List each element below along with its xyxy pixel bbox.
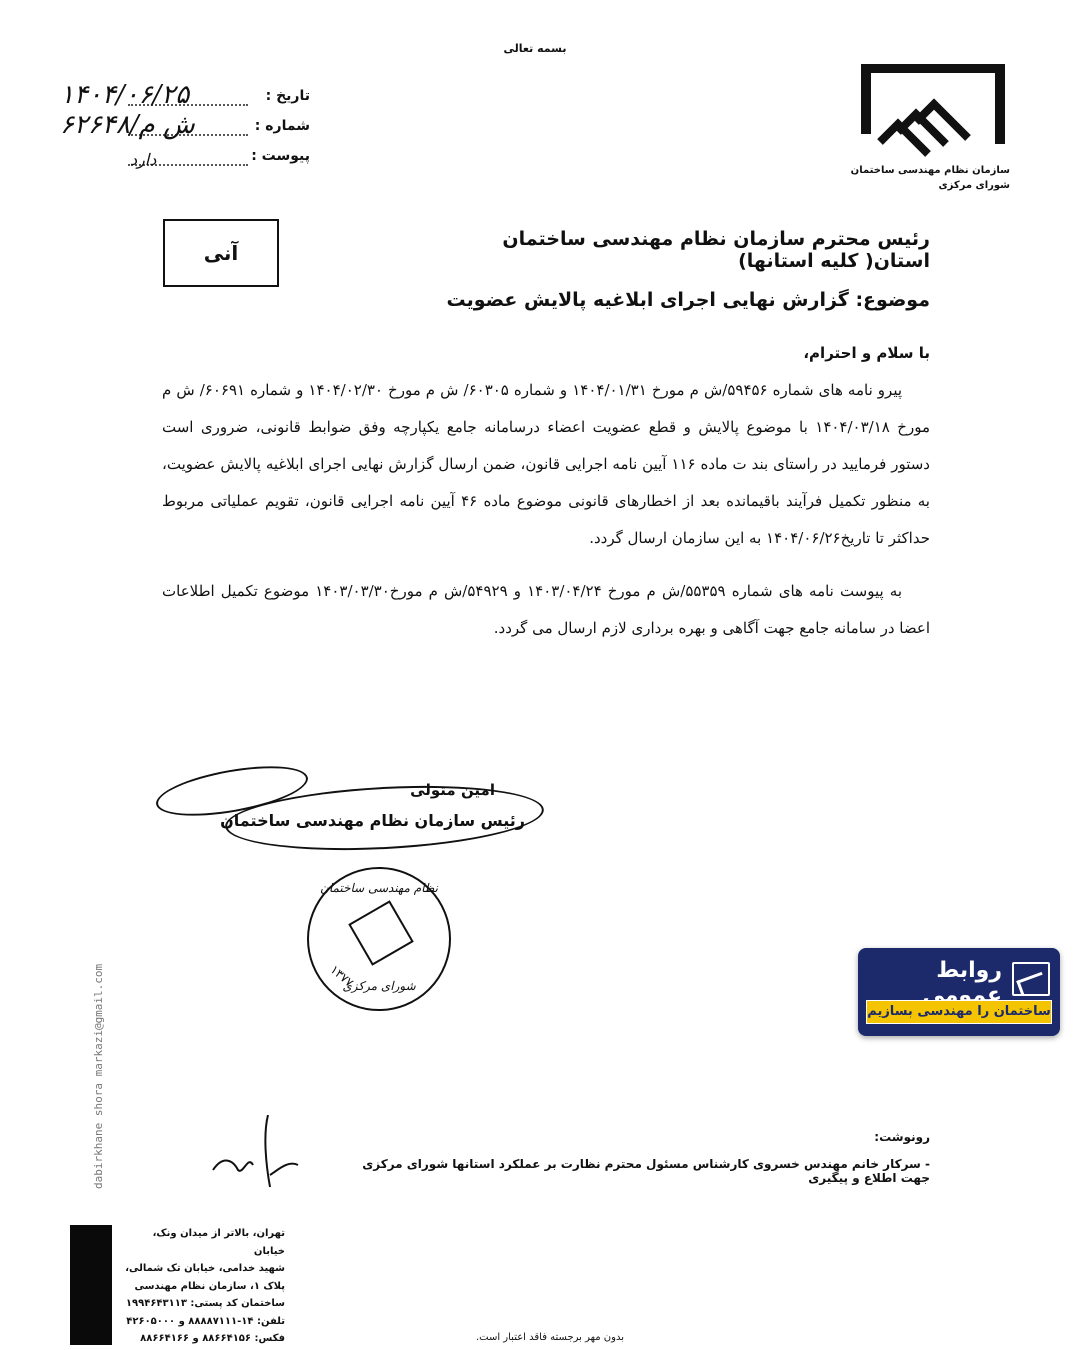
date-row: تاریخ : ۱۴۰۴/۰۶/۲۵ [60,80,310,110]
attachment-row: پیوست : دارد [60,140,310,170]
phone-line: تلفن: ۱۴-۸۸۸۸۷۱۱۱ و ۴۲۶۰۵۰۰۰ [120,1313,285,1331]
urgency-box: آنی [163,219,279,287]
black-bar [70,1225,112,1345]
body-paragraph: به پیوست نامه های شماره ۵۵۳۵۹/ش م مورخ ۱… [162,573,930,647]
address-line: پلاک ۱، سازمان نظام مهندسی [120,1278,285,1296]
address-line: ساختمان کد پستی: ۱۹۹۴۶۴۳۱۱۳ [120,1295,285,1313]
seal-top-text: نظام مهندسی ساختمان [309,881,449,895]
organization-name: سازمان نظام مهندسی ساختمان شورای مرکزی [840,163,1010,193]
cc-label: رونوشت: [860,1130,930,1144]
number-row: شماره : ۶۲۶۴۸/ش م [60,110,310,140]
fax-line: فکس: ۸۸۶۶۴۱۵۶ و ۸۸۶۶۴۱۶۶ [120,1330,285,1348]
roof-logo-icon [1012,962,1050,996]
letter-meta: تاریخ : ۱۴۰۴/۰۶/۲۵ شماره : ۶۲۶۴۸/ش م پیو… [60,80,310,170]
email-text: dabirkhane shora markazi@gmail.com [92,924,105,1189]
number-value: ۶۲۶۴۸/ش م [60,110,195,140]
badge-slogan: ساختمان را مهندسی بسازیم [866,1000,1052,1024]
org-name-line: سازمان نظام مهندسی ساختمان [840,163,1010,178]
signer-title: رئیس سازمان نظام مهندسی ساختمان [220,811,525,830]
number-label: شماره : [255,118,310,134]
public-relations-badge: روابط عمومی ساختمان را مهندسی بسازیم [858,948,1060,1036]
subject-line: موضوع: گزارش نهایی اجرای ابلاغیه پالایش … [440,289,930,311]
greeting: با سلام و احترام، [600,344,930,362]
official-seal: نظام مهندسی ساختمان شورای مرکزی ۱۳۷۷ [307,867,451,1011]
signature-block: امین متولی رئیس سازمان نظام مهندسی ساختم… [150,765,550,855]
council-name-line: شورای مرکزی [840,178,1010,193]
address-line: شهید خدامی، خیابان تک شمالی، [120,1260,285,1278]
signer-name: امین متولی [410,781,495,799]
cc-item: - سرکار خانم مهندس خسروی کارشناس مسئول م… [330,1157,930,1185]
attachment-value: دارد [130,150,156,169]
date-value: ۱۴۰۴/۰۶/۲۵ [60,80,189,110]
date-label: تاریخ : [266,88,310,104]
seal-logo-icon [348,900,414,966]
body-paragraph: پیرو نامه های شماره ۵۹۴۵۶/ش م مورخ ۱۴۰۴/… [162,372,930,557]
building-engineering-logo-icon [858,64,1008,164]
recipient-line: رئیس محترم سازمان نظام مهندسی ساختمان اس… [440,228,930,272]
validity-note: بدون مهر برجسته فاقد اعتبار است. [420,1332,680,1343]
attachment-label: پیوست : [251,148,310,164]
initials-signature-icon [208,1115,328,1190]
seal-bottom-text: شورای مرکزی [309,979,449,993]
basmala: بسمه تعالی [480,42,590,55]
address-block: تهران، بالاتر از میدان ونک، خیابان شهید … [120,1225,285,1348]
email-vertical: dabirkhane shora markazi@gmail.com [86,925,106,1190]
address-line: تهران، بالاتر از میدان ونک، خیابان [120,1225,285,1260]
